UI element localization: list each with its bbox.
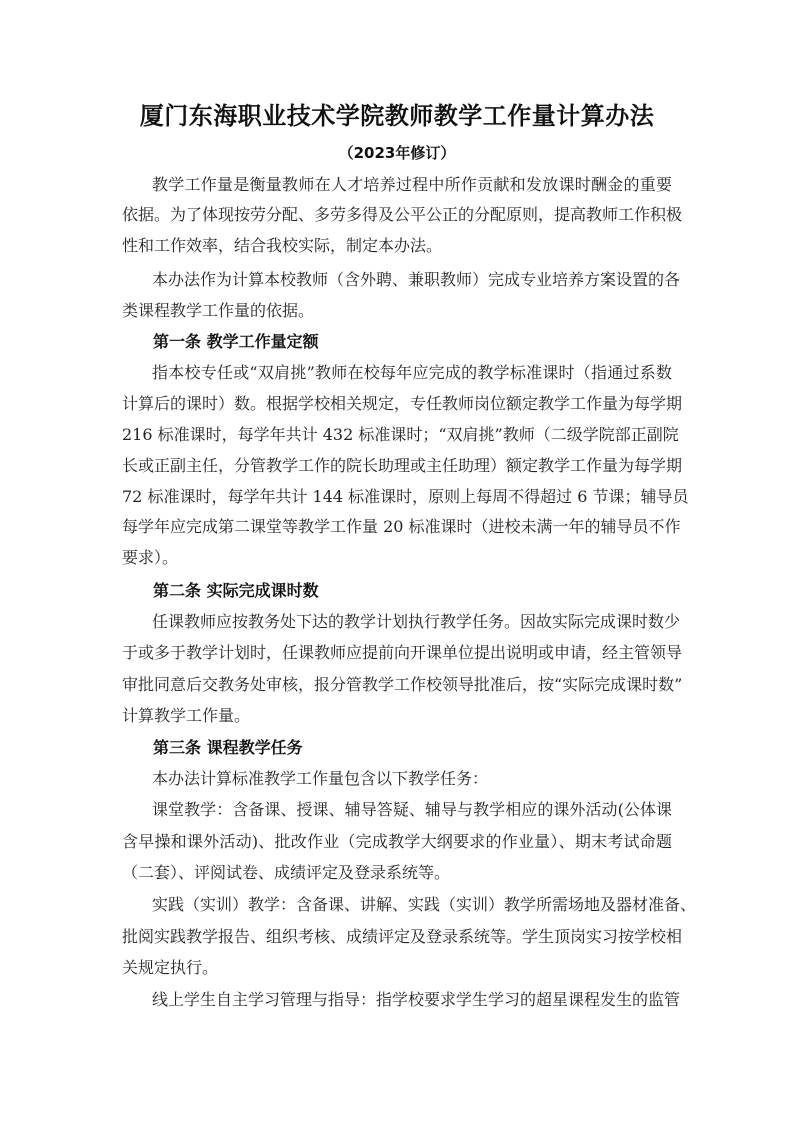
section-heading: 第二条 实际完成课时数 (153, 577, 319, 605)
text-line: 审批同意后交教务处审核，报分管教学工作校领导批准后，按“实际完成课时数” (122, 671, 672, 699)
text-line: 长或正副主任，分管教学工作的院长助理或主任助理）额定教学工作量为每学期 (122, 452, 672, 480)
text-line: 实践（实训）教学：含备课、讲解、实践（实训）教学所需场地及器材准备、 (152, 891, 672, 919)
document-subtitle: （2023年修订） (0, 141, 794, 165)
text-line: 线上学生自主学习管理与指导：指学校要求学生学习的超星课程发生的监管 (152, 986, 672, 1014)
text-line: 216 标准课时，每学年共计 432 标准课时；“双肩挑”教师（二级学院部正副院 (122, 421, 672, 449)
text-line: 关规定执行。 (122, 954, 672, 982)
text-line: 任课教师应按教务处下达的教学计划执行教学任务。因故实际完成课时数少 (152, 608, 672, 636)
text-line: （二套）、评阅试卷、成绩评定及登录系统等。 (122, 859, 672, 887)
text-line: 于或多于教学计划时，任课教师应提前向开课单位提出说明或申请，经主管领导 (122, 639, 672, 667)
text-line: 课堂教学：含备课、授课、辅导答疑、辅导与教学相应的课外活动(公体课 (152, 796, 672, 824)
section-heading: 第三条 课程教学任务 (153, 734, 303, 762)
text-line: 72 标准课时，每学年共计 144 标准课时，原则上每周不得超过 6 节课；辅导… (122, 483, 672, 511)
text-line: 依据。为了体现按劳分配、多劳多得及公平公正的分配原则，提高教师工作积极 (122, 201, 672, 229)
text-line: 每学年应完成第二课堂等教学工作量 20 标准课时（进校未满一年的辅导员不作 (122, 513, 672, 541)
document-page: 厦门东海职业技术学院教师教学工作量计算办法 （2023年修订） 教学工作量是衡量… (0, 0, 794, 1123)
text-line: 本办法作为计算本校教师（含外聘、兼职教师）完成专业培养方案设置的各 (152, 266, 672, 294)
text-line: 批阅实践教学报告、组织考核、成绩评定及登录系统等。学生顶岗实习按学校相 (122, 923, 672, 951)
text-line: 指本校专任或“双肩挑”教师在校每年应完成的教学标准课时（指通过系数 (152, 359, 672, 387)
text-line: 要求）。 (122, 544, 672, 572)
text-line: 性和工作效率，结合我校实际，制定本办法。 (122, 232, 672, 260)
text-line: 含早操和课外活动)、批改作业（完成教学大纲要求的作业量）、期末考试命题 (122, 828, 672, 856)
text-line: 本办法计算标准教学工作量包含以下教学任务： (152, 765, 672, 793)
section-heading: 第一条 教学工作量定额 (153, 328, 319, 356)
text-line: 类课程教学工作量的依据。 (122, 297, 672, 325)
text-line: 教学工作量是衡量教师在人才培养过程中所作贡献和发放课时酬金的重要 (152, 171, 672, 199)
text-line: 计算教学工作量。 (122, 702, 672, 730)
document-title: 厦门东海职业技术学院教师教学工作量计算办法 (0, 100, 794, 132)
text-line: 计算后的课时）数。根据学校相关规定，专任教师岗位额定教学工作量为每学期 (122, 390, 672, 418)
